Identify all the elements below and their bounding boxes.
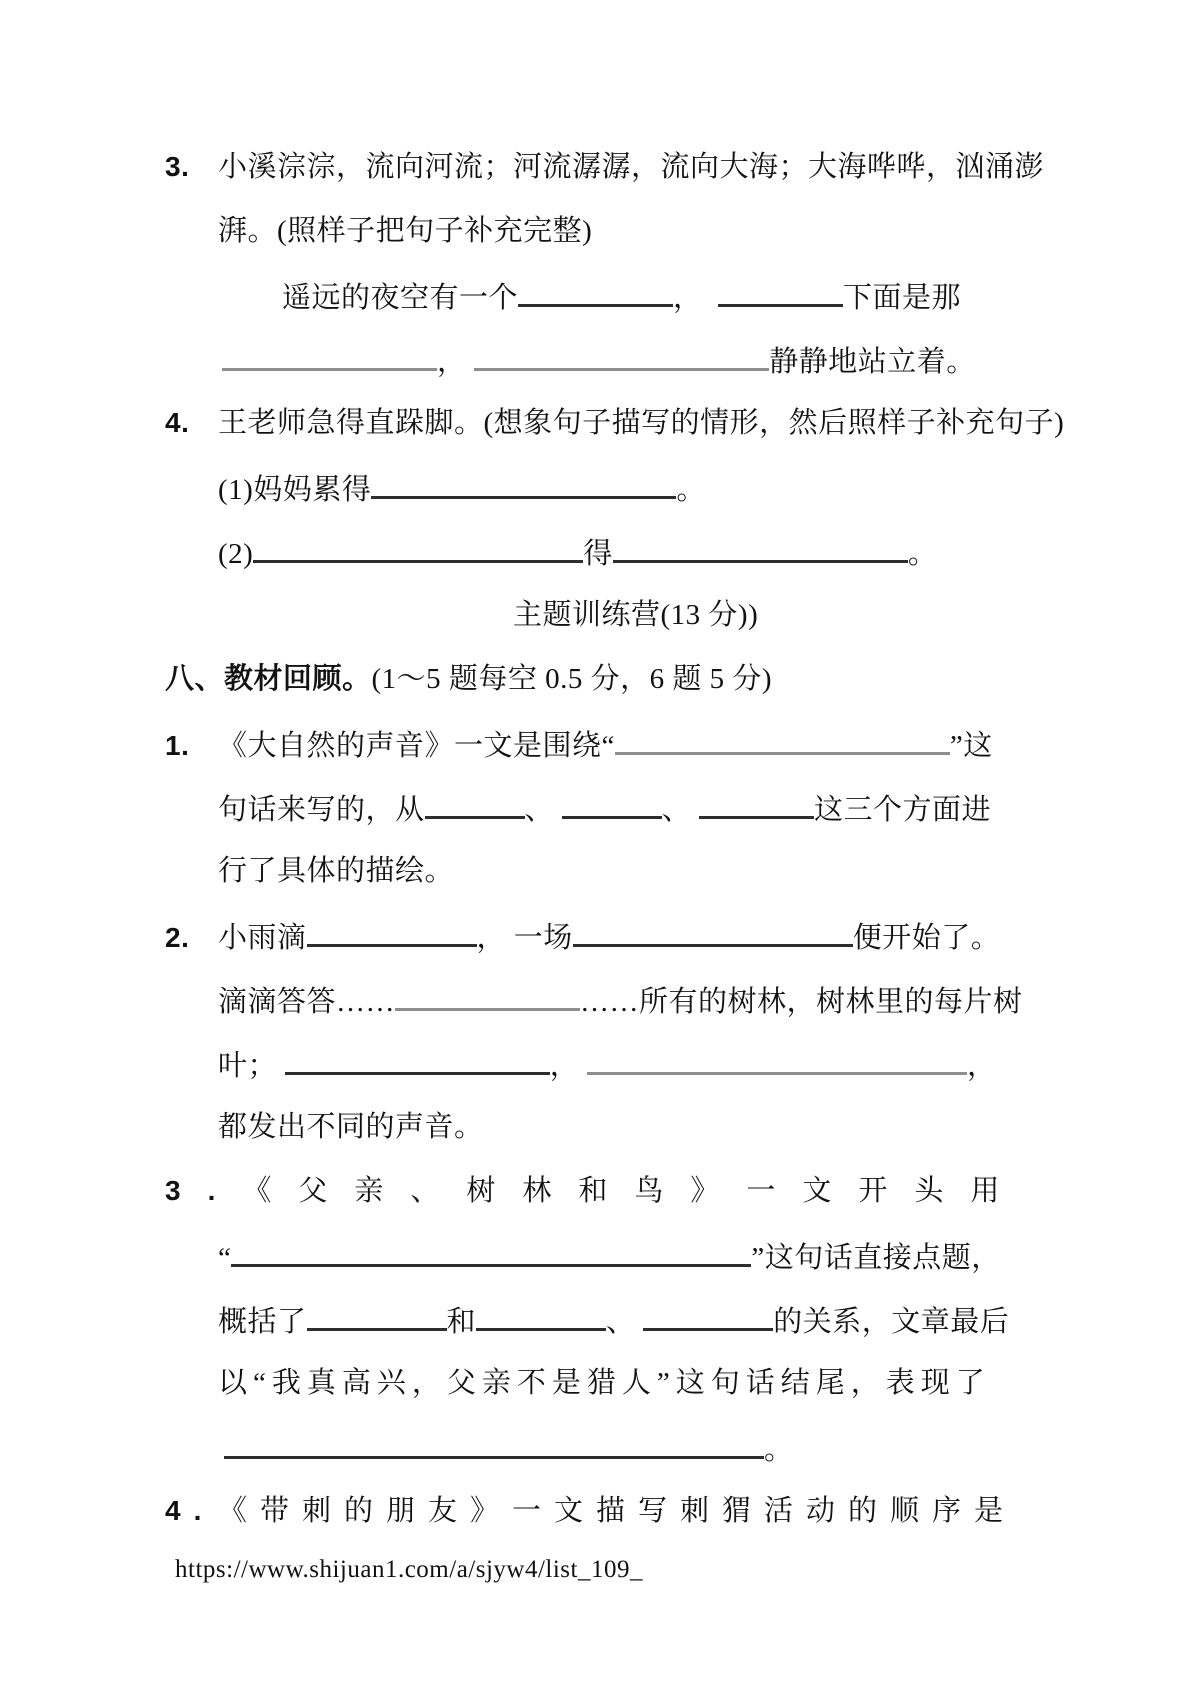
question-number: 3. (165, 146, 218, 188)
fill-in-blank (425, 786, 525, 819)
q3-answer-line-2: ， 静静地站立着。 (222, 338, 976, 383)
fill-in-blank (224, 1426, 764, 1459)
section-8-heading: 八、教材回顾。(1～5 题每空 0.5 分，6 题 5 分) (165, 658, 772, 700)
fill-in-blank (718, 274, 843, 307)
text-run: 《父亲、树林和鸟》一文开头用 (242, 1175, 1026, 1207)
q2-line-1: 2.小雨滴， 一场便开始了。 (165, 914, 1000, 959)
fill-in-blank (518, 274, 673, 307)
text-run: 和 (447, 1306, 477, 1338)
q3b-line-3: 概括了和、 的关系，文章最后 (218, 1298, 1009, 1343)
text-run: ， 一场 (477, 922, 573, 954)
text-run: 、 (525, 794, 562, 826)
fill-in-blank (699, 786, 814, 819)
text-run: (1)妈妈累得 (218, 474, 371, 506)
q1-line-3: 行了具体的描绘。 (218, 850, 454, 892)
fill-in-blank (573, 914, 853, 947)
fill-in-blank (615, 722, 950, 755)
text-run: 王老师急得直跺脚。(想象句子描写的情形，然后照样子补充句子) (218, 407, 1064, 439)
text-run: 以“我真高兴，父亲不是猎人”这句话结尾，表现了 (218, 1367, 991, 1399)
fill-in-blank (562, 786, 662, 819)
section-banner: 主题训练营(13 分)) (513, 594, 758, 636)
text-run: ， (437, 346, 474, 378)
q3b-line-4: 以“我真高兴，父亲不是猎人”这句话结尾，表现了 (218, 1362, 991, 1404)
q3-answer-line-1: 遥远的夜空有一个， 下面是那 (282, 274, 961, 319)
q1-line-2: 句话来写的，从、 、 这三个方面进 (218, 786, 991, 831)
text-run: (2) (218, 538, 253, 570)
fill-in-blank (587, 1042, 967, 1075)
fill-in-blank (307, 914, 477, 947)
q2-line-4: 都发出不同的声音。 (218, 1106, 484, 1148)
text-run: ……所有的树林，树林里的每片树 (580, 986, 1023, 1018)
text-run: 小雨滴 (218, 922, 307, 954)
q3-stem-line-1: 3.小溪淙淙，流向河流；河流潺潺，流向大海；大海哗哗，汹涌澎 (165, 146, 1044, 188)
text-run: 湃。(照样子把句子补充完整) (218, 215, 592, 247)
text-run: 滴滴答答…… (218, 986, 395, 1018)
text-run: 。 (764, 1434, 794, 1466)
text-run: 便开始了。 (853, 922, 1001, 954)
text-run: 概括了 (218, 1306, 307, 1338)
text-run: ， (550, 1050, 587, 1082)
fill-in-blank (395, 978, 580, 1011)
footer-url: https://www.shijuan1.com/a/sjyw4/list_10… (175, 1556, 643, 1584)
fill-in-blank (476, 1298, 606, 1331)
text-run: ， (673, 282, 718, 314)
fill-in-blank (222, 338, 437, 371)
text-run: 得 (583, 538, 613, 570)
q1-line-1: 1.《大自然的声音》一文是围绕“”这 (165, 722, 993, 767)
text-run: ”这句话直接点题， (751, 1242, 1000, 1274)
text-run: (1～5 题每空 0.5 分，6 题 5 分) (372, 663, 773, 695)
q4-sub-item-2: (2)得。 (218, 530, 937, 575)
text-run: 叶； (218, 1050, 285, 1082)
fill-in-blank (253, 530, 583, 563)
q4-sub-item-1: (1)妈妈累得。 (218, 466, 706, 511)
text-run: 小溪淙淙，流向河流；河流潺潺，流向大海；大海哗哗，汹涌澎 (218, 151, 1044, 183)
question-number: 1. (165, 725, 218, 767)
q3b-line-2: “”这句话直接点题， (218, 1234, 1001, 1279)
text-run: 句话来写的，从 (218, 794, 425, 826)
text-run: “ (218, 1242, 231, 1274)
q3b-line-5: 。 (224, 1426, 794, 1471)
q3b-line-1: 3.《父亲、树林和鸟》一文开头用 (165, 1170, 1026, 1212)
question-number: 2. (165, 917, 218, 959)
text-run: 。 (908, 538, 938, 570)
q3-stem-line-2: 湃。(照样子把句子补充完整) (218, 210, 592, 252)
text-run: 的关系，文章最后 (773, 1306, 1009, 1338)
text-run: 、 (606, 1306, 643, 1338)
q4-stem-line: 4.王老师急得直跺脚。(想象句子描写的情形，然后照样子补充句子) (165, 402, 1064, 444)
text-run: 下面是那 (843, 282, 961, 314)
question-number: 4. (165, 402, 218, 444)
fill-in-blank (474, 338, 769, 371)
question-number: 4. (165, 1490, 218, 1532)
text-run: ”这 (950, 730, 993, 762)
text-run: 《带刺的朋友》一文描写刺猬活动的顺序是 (218, 1495, 1016, 1527)
q2-line-2: 滴滴答答…………所有的树林，树林里的每片树 (218, 978, 1023, 1023)
text-run: 都发出不同的声音。 (218, 1111, 484, 1143)
text-run: 八、教材回顾。 (165, 663, 372, 695)
fill-in-blank (613, 530, 908, 563)
text-run: 主题训练营(13 分)) (513, 599, 758, 631)
fill-in-blank (285, 1042, 550, 1075)
fill-in-blank (371, 466, 676, 499)
q4b-line-1: 4.《带刺的朋友》一文描写刺猬活动的顺序是 (165, 1490, 1016, 1532)
q2-line-3: 叶； ， ， (218, 1042, 997, 1087)
text-run: 静静地站立着。 (769, 346, 976, 378)
text-run: 、 (662, 794, 699, 826)
text-run: ， (967, 1050, 997, 1082)
worksheet-page: https://www.shijuan1.com/a/sjyw4/list_10… (0, 0, 1191, 1684)
fill-in-blank (231, 1234, 751, 1267)
text-run: 这三个方面进 (814, 794, 991, 826)
text-run: 行了具体的描绘。 (218, 855, 454, 887)
text-run: 。 (676, 474, 706, 506)
question-number: 3. (165, 1170, 242, 1212)
text-run: 遥远的夜空有一个 (282, 282, 518, 314)
text-run: 《大自然的声音》一文是围绕“ (218, 730, 615, 762)
fill-in-blank (307, 1298, 447, 1331)
fill-in-blank (643, 1298, 773, 1331)
